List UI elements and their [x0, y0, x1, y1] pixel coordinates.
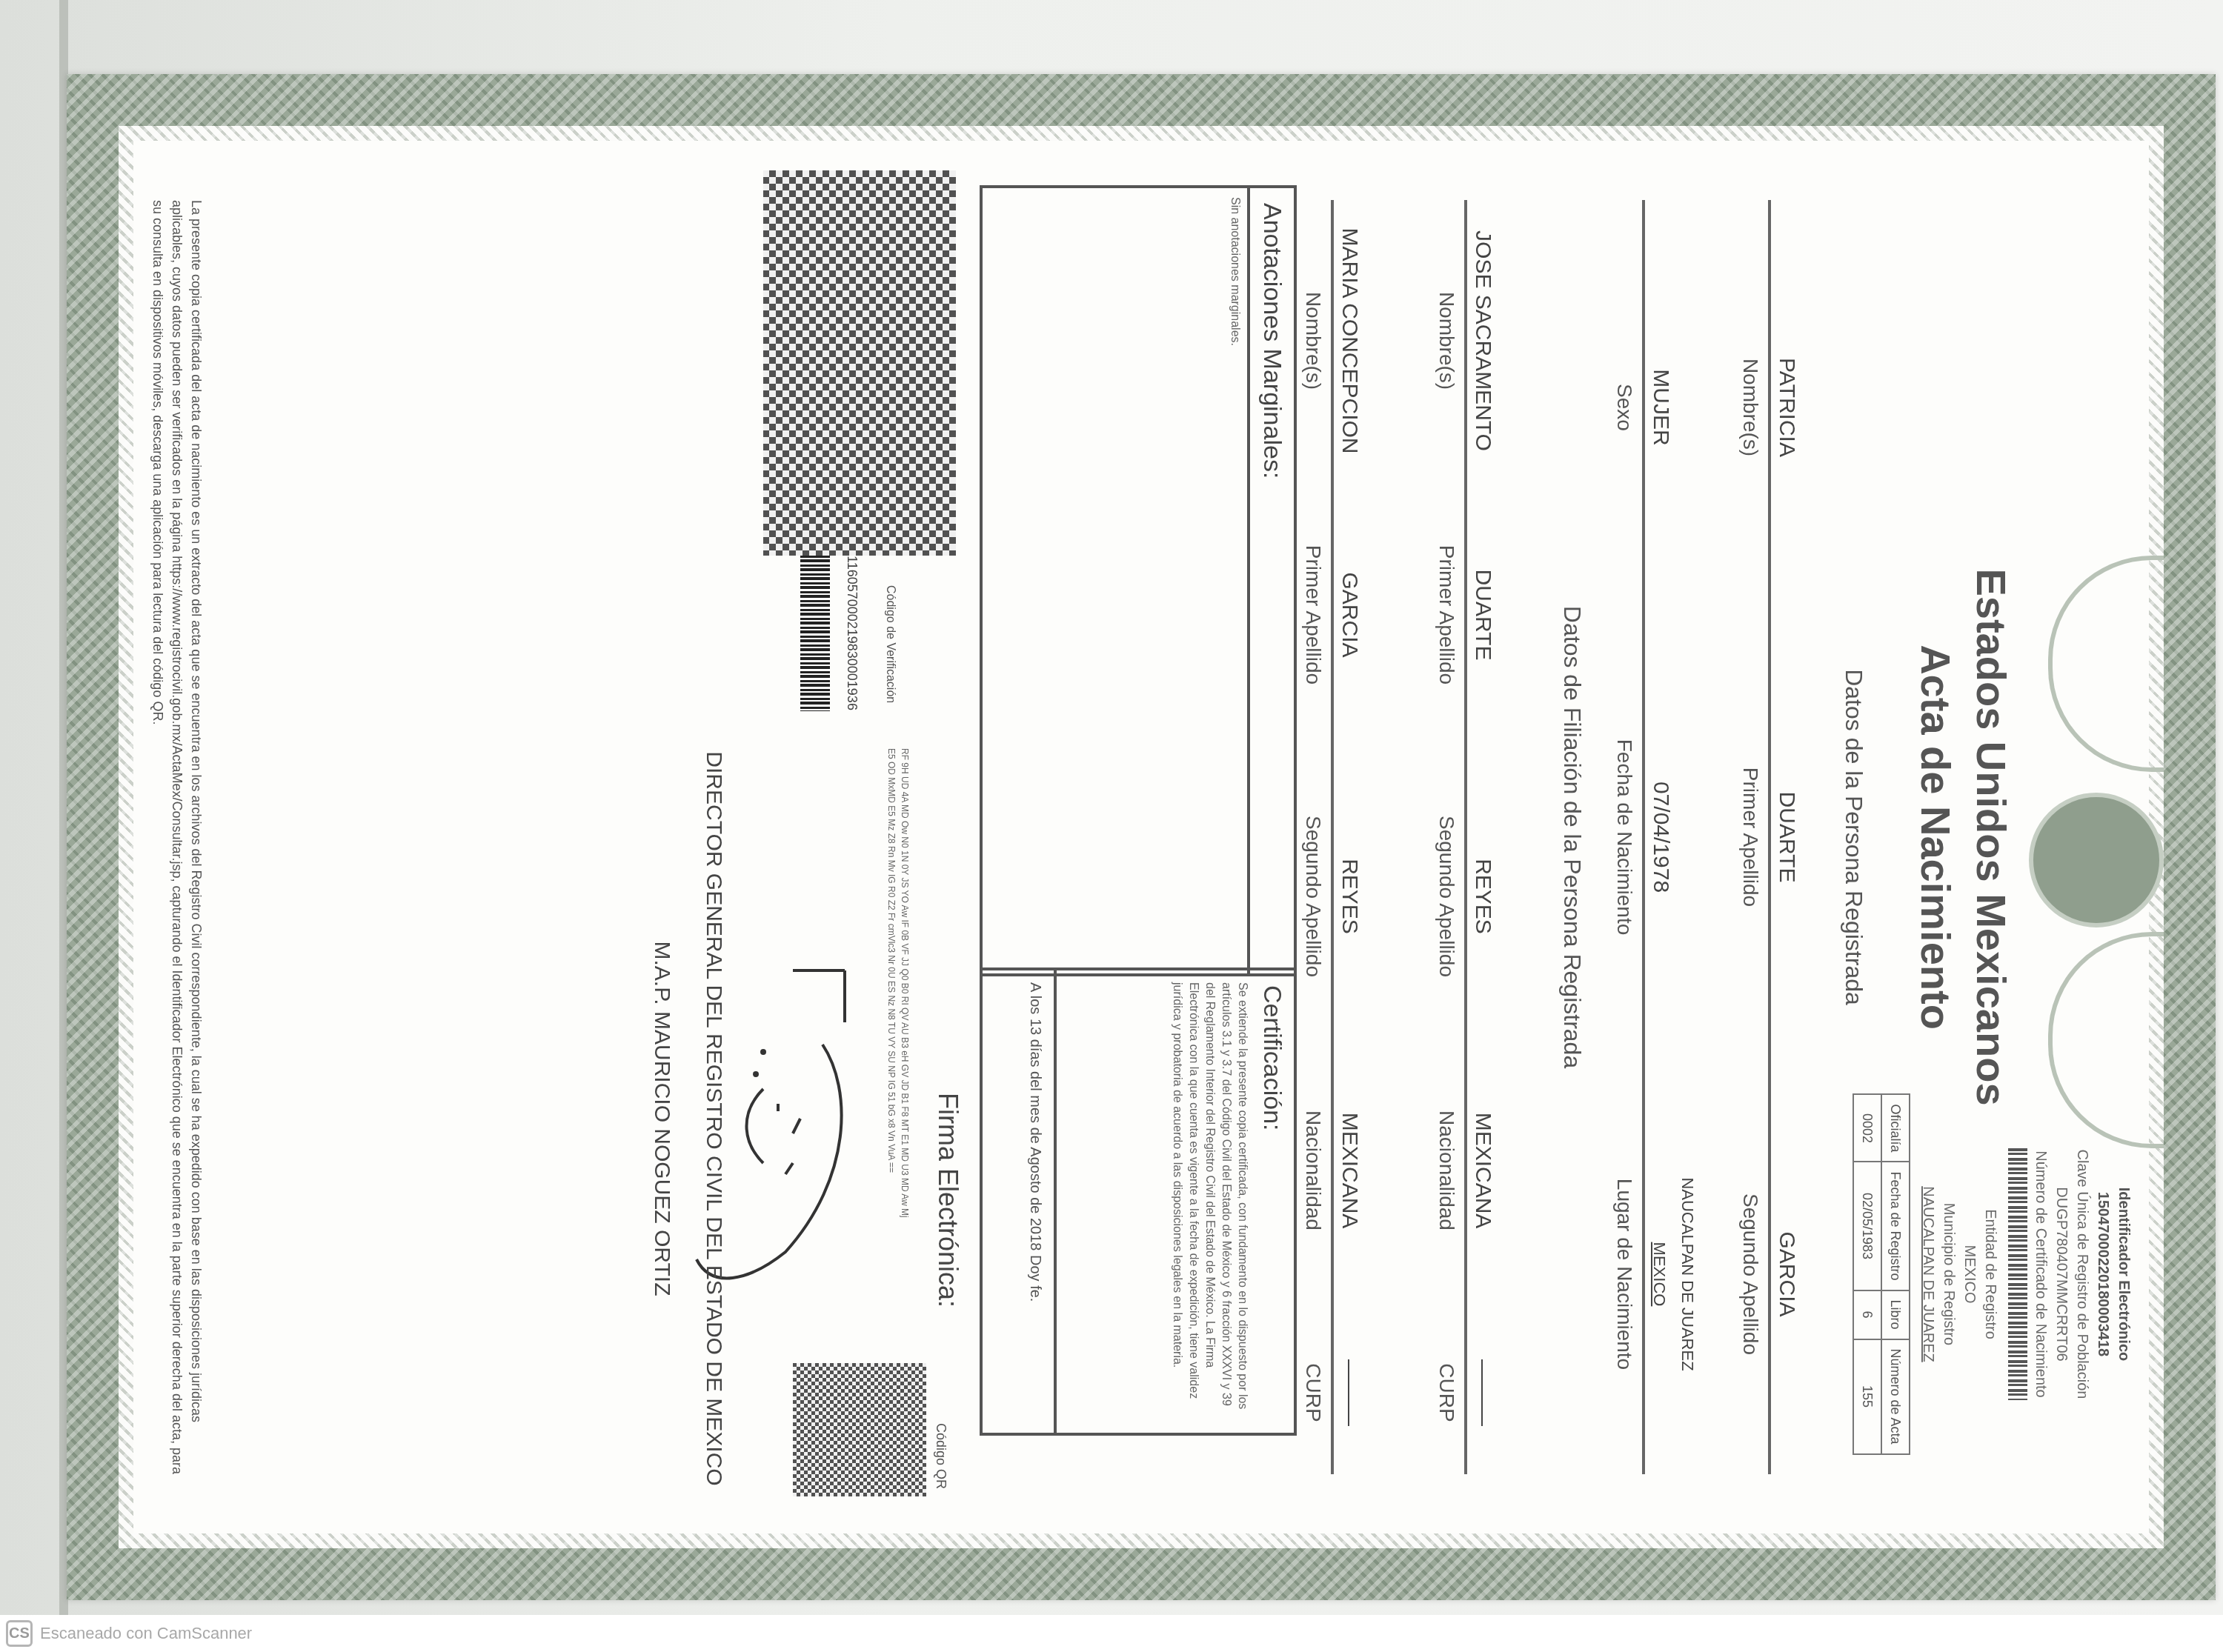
curp-label: Clave Única de Registro de Población — [2072, 1045, 2093, 1504]
mother-primer-apellido: GARCIA Primer Apellido — [1286, 482, 1375, 748]
verification-code: 116057000219830001936 — [844, 556, 860, 710]
certification-text: Se extiende la presente copia certificad… — [1169, 970, 1250, 1433]
header-libro: Libro — [1881, 1290, 1910, 1339]
mother-nombres: MARIA CONCEPCION Nombre(s) — [1286, 200, 1375, 482]
father-curp: ——— CURP — [1420, 1296, 1509, 1489]
verification-barcode — [800, 556, 830, 711]
father-nombres: JOSE SACRAMENTO Nombre(s) — [1420, 200, 1509, 482]
camscanner-logo-icon: CS — [6, 1620, 33, 1647]
field-segundo-apellido: GARCIA Segundo Apellido — [1724, 1059, 1812, 1489]
registry-table-header: Oficialía Fecha de Registro Libro Número… — [1881, 1094, 1910, 1453]
verification-label: Código de Verificación — [883, 585, 897, 703]
curp-value: DUGP780407MMCRRT06 — [2051, 1045, 2072, 1504]
director-name: M.A.P. MAURICIO NOGUEZ ORTIZ — [649, 733, 674, 1504]
parent-row-mother: MARIA CONCEPCION Nombre(s) GARCIA Primer… — [1331, 200, 1334, 1474]
mother-curp: ——— CURP — [1286, 1296, 1375, 1489]
registered-person-section-title: Datos de la Persona Registrada — [1840, 141, 1867, 1533]
electronic-identifier-block: Identificador Electrónico 15047000220180… — [1852, 1045, 2134, 1504]
registered-name-row: PATRICIA Nombre(s) DUARTE Primer Apellid… — [1768, 200, 1771, 1474]
entity-label: Entidad de Registro — [1980, 1045, 2001, 1504]
parent-row-father: JOSE SACRAMENTO Nombre(s) DUARTE Primer … — [1464, 200, 1467, 1474]
certification-date: A los 13 días del mes de Agosto de 2018 … — [983, 970, 1057, 1433]
header-numero-acta: Número de Acta — [1881, 1339, 1910, 1454]
qr-code-label: Código QR — [933, 1423, 948, 1489]
father-segundo-apellido: REYES Segundo Apellido — [1420, 748, 1509, 1045]
field-primer-apellido: DUARTE Primer Apellido — [1724, 615, 1812, 1059]
certification-box: Certificación: Se extiende la presente c… — [980, 967, 1297, 1436]
annotations-title: Anotaciones Marginales: — [1257, 203, 1286, 959]
annotations-text: Sin anotaciones marginales. — [1222, 188, 1250, 973]
mother-segundo-apellido: REYES Segundo Apellido — [1286, 748, 1375, 1045]
marginal-annotations-box: Anotaciones Marginales: Sin anotaciones … — [980, 185, 1297, 976]
electronic-signature-title: Firma Electrónica: — [932, 970, 963, 1430]
municipality-value: NAUCALPAN DE JUAREZ — [1918, 1045, 1938, 1504]
certificate-body: Estados Unidos Mexicanos Acta de Nacimie… — [133, 141, 2149, 1533]
father-nacionalidad: MEXICANA Nacionalidad — [1420, 1045, 1509, 1296]
registered-birth-row: MUJER Sexo 07/04/1978 Fecha de Nacimient… — [1642, 200, 1645, 1474]
header-fecha-registro: Fecha de Registro — [1881, 1162, 1910, 1290]
certificate-number-label: Número de Certificado de Nacimiento — [2030, 1045, 2051, 1504]
identifier-value: 15047000220180003418 — [2093, 1045, 2113, 1504]
field-fecha-nacimiento: 07/04/1978 Fecha de Nacimiento — [1598, 615, 1687, 1059]
father-primer-apellido: DUARTE Primer Apellido — [1420, 482, 1509, 748]
verification-qr-code — [763, 170, 956, 556]
entity-value: MEXICO — [1959, 1045, 1980, 1504]
header-oficialia: Oficialía — [1881, 1094, 1910, 1162]
field-sexo: MUJER Sexo — [1598, 200, 1687, 615]
scanner-watermark-text: Escaneado con CamScanner — [40, 1624, 252, 1643]
signature-qr-code — [793, 1363, 926, 1496]
certification-title: Certificación: — [1257, 985, 1286, 1418]
director-title: DIRECTOR GENERAL DEL REGISTRO CIVIL DEL … — [701, 733, 726, 1504]
field-lugar-nacimiento: NAUCALPAN DE JUAREZ MEXICO Lugar de Naci… — [1598, 1059, 1716, 1489]
footer-legal-note: La presente copia certificada del acta d… — [148, 200, 206, 1474]
filiation-section-title: Datos de Filiación de la Persona Registr… — [1558, 141, 1586, 1533]
electronic-signature-hash: RF 9H UD 4A MD Ow N0 1N 0Y JS YO Aw IF 0… — [885, 748, 911, 1222]
certificate-barcode — [2008, 1148, 2027, 1400]
scanner-watermark-bar: CS Escaneado con CamScanner — [0, 1615, 2223, 1652]
field-nombres: PATRICIA Nombre(s) — [1724, 200, 1812, 615]
birth-certificate-page: Estados Unidos Mexicanos Acta de Nacimie… — [67, 74, 2216, 1600]
mother-nacionalidad: MEXICANA Nacionalidad — [1286, 1045, 1375, 1296]
seal-left-wing-icon — [2048, 556, 2164, 772]
municipality-label: Municipio de Registro — [1938, 1045, 1959, 1504]
eagle-emblem-icon — [2029, 793, 2164, 927]
identifier-title: Identificador Electrónico — [2113, 1045, 2134, 1504]
